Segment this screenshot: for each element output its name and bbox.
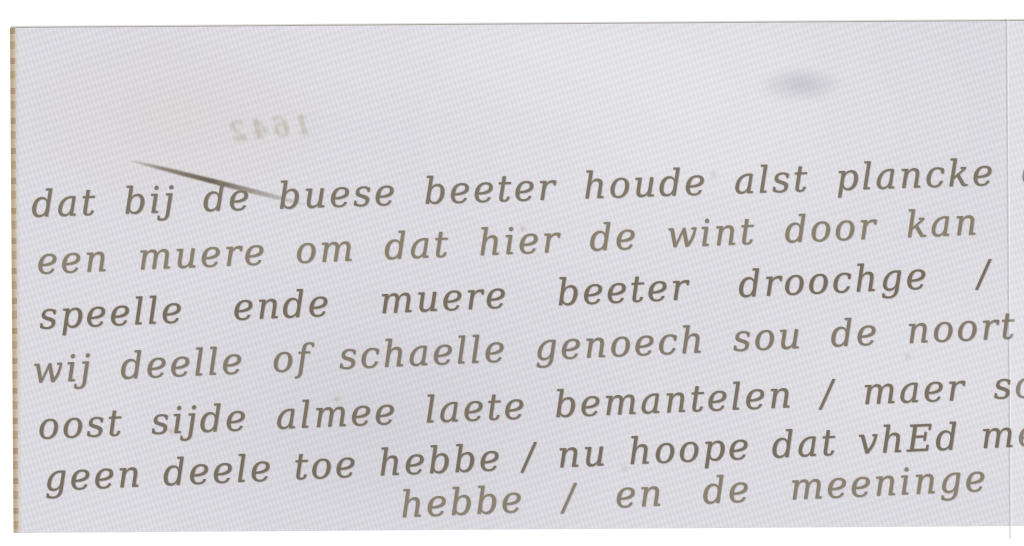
- showthrough-inscription: 1642: [223, 110, 312, 148]
- scanned-letter: 1642 dat bij de buese beeter houde alst …: [0, 0, 1024, 512]
- smudge-stain: [756, 66, 846, 103]
- paper-sheet: 1642 dat bij de buese beeter houde alst …: [11, 20, 1024, 512]
- deckle-edge: [10, 28, 23, 512]
- foxing-specks: [11, 28, 14, 31]
